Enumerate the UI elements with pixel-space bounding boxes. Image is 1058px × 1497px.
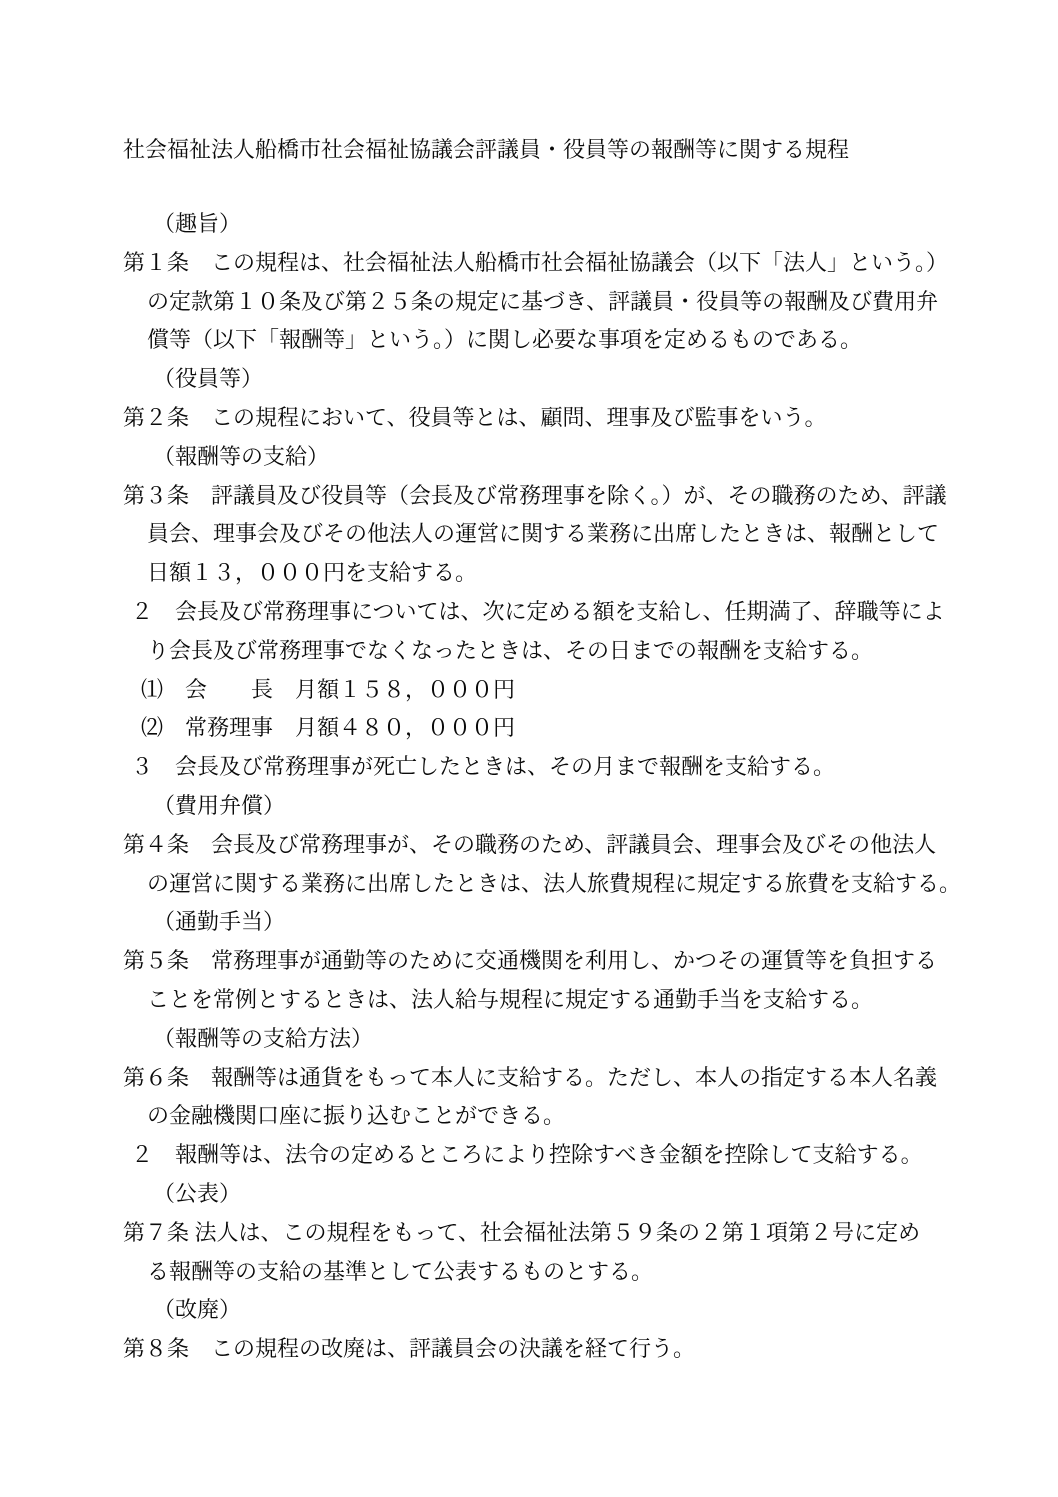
article-3-paragraph-3-line-1: ３ 会長及び常務理事が死亡したときは、その月まで報酬を支給する。 [123,748,1003,787]
article-3-line-3: 日額１３，０００円を支給する。 [123,554,1003,593]
section-label-amendment-abolition: （改廃） [123,1291,1003,1330]
section-label-expense-reimbursement: （費用弁償） [123,787,1003,826]
article-7-line-2: る報酬等の支給の基準として公表するものとする。 [123,1253,1003,1292]
article-1-line-1: 第１条 この規程は、社会福祉法人船橋市社会福祉協議会（以下「法人」という。） [123,244,1003,283]
section-label-remuneration-payment: （報酬等の支給） [123,438,1003,477]
article-1-line-2: の定款第１０条及び第２５条の規定に基づき、評議員・役員等の報酬及び費用弁 [123,283,1003,322]
article-5-line-2: ことを常例とするときは、法人給与規程に規定する通勤手当を支給する。 [123,981,1003,1020]
article-1-line-3: 償等（以下「報酬等」という。）に関し必要な事項を定めるものである。 [123,321,1003,360]
document-content: 社会福祉法人船橋市社会福祉協議会評議員・役員等の報酬等に関する規程 （趣旨） 第… [0,0,1058,1369]
article-8-line-1: 第８条 この規程の改廃は、評議員会の決議を経て行う。 [123,1330,1003,1369]
article-6-line-2: の金融機関口座に振り込むことができる。 [123,1097,1003,1136]
section-label-commuting-allowance: （通勤手当） [123,903,1003,942]
list-item-managing-director-salary: ⑵ 常務理事 月額４８０，０００円 [123,709,1003,748]
section-label-purpose: （趣旨） [123,205,1003,244]
article-5-line-1: 第５条 常務理事が通勤等のために交通機関を利用し、かつその運賃等を負担する [123,942,1003,981]
article-3-line-1: 第３条 評議員及び役員等（会長及び常務理事を除く。）が、その職務のため、評議 [123,477,1003,516]
article-4-line-1: 第４条 会長及び常務理事が、その職務のため、評議員会、理事会及びその他法人 [123,826,1003,865]
article-6-paragraph-2-line-1: ２ 報酬等は、法令の定めるところにより控除すべき金額を控除して支給する。 [123,1136,1003,1175]
section-label-publication: （公表） [123,1175,1003,1214]
article-3-line-2: 員会、理事会及びその他法人の運営に関する業務に出席したときは、報酬として [123,515,1003,554]
article-3-paragraph-2-line-1: ２ 会長及び常務理事については、次に定める額を支給し、任期満了、辞職等によ [123,593,1003,632]
article-7-line-1: 第７条 法人は、この規程をもって、社会福祉法第５９条の２第１項第２号に定め [123,1214,1003,1253]
article-6-line-1: 第６条 報酬等は通貨をもって本人に支給する。ただし、本人の指定する本人名義 [123,1059,1003,1098]
section-label-officers: （役員等） [123,360,1003,399]
article-3-paragraph-2-line-2: り会長及び常務理事でなくなったときは、その日までの報酬を支給する。 [123,632,1003,671]
list-item-chairman-salary: ⑴ 会 長 月額１５８，０００円 [123,671,1003,710]
article-4-line-2: の運営に関する業務に出席したときは、法人旅費規程に規定する旅費を支給する。 [123,865,1003,904]
document-title: 社会福祉法人船橋市社会福祉協議会評議員・役員等の報酬等に関する規程 [123,130,1003,169]
document-page: 社会福祉法人船橋市社会福祉協議会評議員・役員等の報酬等に関する規程 （趣旨） 第… [0,0,1058,1497]
section-label-payment-method: （報酬等の支給方法） [123,1020,1003,1059]
article-2-line-1: 第２条 この規程において、役員等とは、顧問、理事及び監事をいう。 [123,399,1003,438]
